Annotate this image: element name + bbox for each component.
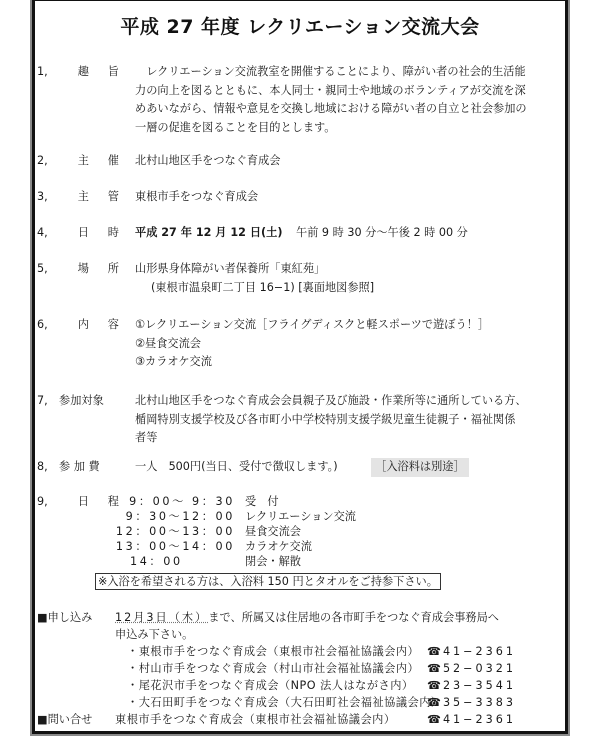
section-2-label: 2, 主 催: [37, 152, 133, 171]
section-3-label: 3, 主 管: [37, 188, 133, 207]
phone-icon: ☎: [427, 713, 441, 726]
phone-icon: ☎: [427, 679, 441, 692]
schedule-row: 9：00〜 9：30 受 付: [95, 494, 495, 509]
bath-fee-note: ［入浴料は別途］: [371, 458, 469, 477]
application-deadline: 12月3日（木）: [115, 611, 208, 624]
section-8-fee: 一人 500円(当日、受付で徴収します。) ［入浴料は別途］: [135, 458, 560, 477]
section-6-content: ①レクリエーション交流［フライグディスクと軽スポーツで遊ぼう！］ ②昼食交流会 …: [135, 316, 560, 372]
schedule-row: 12：00〜13：00 昼食交流会: [95, 524, 495, 539]
section-1-purpose: レクリエーション交流教室を開催することにより、障がい者の社会的生活能 力の向上を…: [135, 63, 560, 137]
event-time: 午前 9 時 30 分〜午後 2 時 00 分: [296, 226, 468, 239]
phone-icon: ☎: [427, 696, 441, 709]
section-6-label: 6, 内 容: [37, 316, 133, 335]
section-1-label: 1, 趣 旨: [37, 63, 133, 82]
section-3-organizer: 東根市手をつなぐ育成会: [135, 188, 560, 207]
section-2-host: 北村山地区手をつなぐ育成会: [135, 152, 560, 171]
contact-item: ・大石田町手をつなぐ育成会（大石田町社会福祉協議会内） ☎35−3383: [127, 694, 565, 711]
contact-item: ・村山市手をつなぐ育成会（村山市社会福祉協議会内） ☎52−0321: [127, 660, 565, 677]
contact-item: ・尾花沢市手をつなぐ育成会（NPO 法人はながさ内） ☎23−3541: [127, 677, 565, 694]
contact-item: ・東根市手をつなぐ育成会（東根市社会福祉協議会内） ☎41−2361: [127, 643, 565, 660]
inquiry-contact: 東根市手をつなぐ育成会（東根市社会福祉協議会内） ☎41−2361: [115, 711, 516, 728]
section-8-label: 8,参 加 費: [37, 458, 100, 477]
schedule-table: 9：00〜 9：30 受 付 9：30〜12：00 レクリエーション交流 12：…: [95, 494, 495, 569]
application-block: 12月3日（木）まで、所属又は住居地の各市町手をつなぐ育成会事務局へ 申込み下さ…: [115, 609, 565, 711]
schedule-row: 9：30〜12：00 レクリエーション交流: [95, 509, 495, 524]
section-5-venue: 山形県身体障がい者保養所「東紅苑」 (東根市温泉町二丁目 16−1) [裏面地図…: [135, 260, 560, 297]
inquiry-label: ■問い合せ: [37, 711, 92, 728]
section-7-label: 7,参加対象: [37, 392, 104, 411]
bath-notice-box: ※入浴を希望される方は、入浴料 150 円とタオルをご持参下さい。: [95, 573, 441, 590]
section-4-datetime: 平成 27 年 12 月 12 日(土) 午前 9 時 30 分〜午後 2 時 …: [135, 224, 560, 243]
schedule-row: 14：00 閉会・解散: [95, 554, 495, 569]
section-7-participants: 北村山地区手をつなぐ育成会会員親子及び施設・作業所等に通所している方、 楯岡特別…: [135, 392, 560, 448]
page-title: 平成 27 年度 レクリエーション交流大会: [35, 12, 565, 39]
section-5-label: 5, 場 所: [37, 260, 133, 279]
phone-icon: ☎: [427, 662, 441, 675]
application-label: ■申し込み: [37, 609, 92, 626]
contact-list: ・東根市手をつなぐ育成会（東根市社会福祉協議会内） ☎41−2361 ・村山市手…: [115, 643, 565, 711]
section-4-label: 4, 日 時: [37, 224, 133, 243]
fee-amount: 一人 500円(当日、受付で徴収します。): [135, 460, 338, 473]
schedule-row: 13：00〜14：00 カラオケ交流: [95, 539, 495, 554]
phone-icon: ☎: [427, 645, 441, 658]
flyer-page: 平成 27 年度 レクリエーション交流大会 1, 趣 旨 レクリエーション交流教…: [35, 0, 565, 733]
event-date: 平成 27 年 12 月 12 日(土): [135, 226, 282, 239]
